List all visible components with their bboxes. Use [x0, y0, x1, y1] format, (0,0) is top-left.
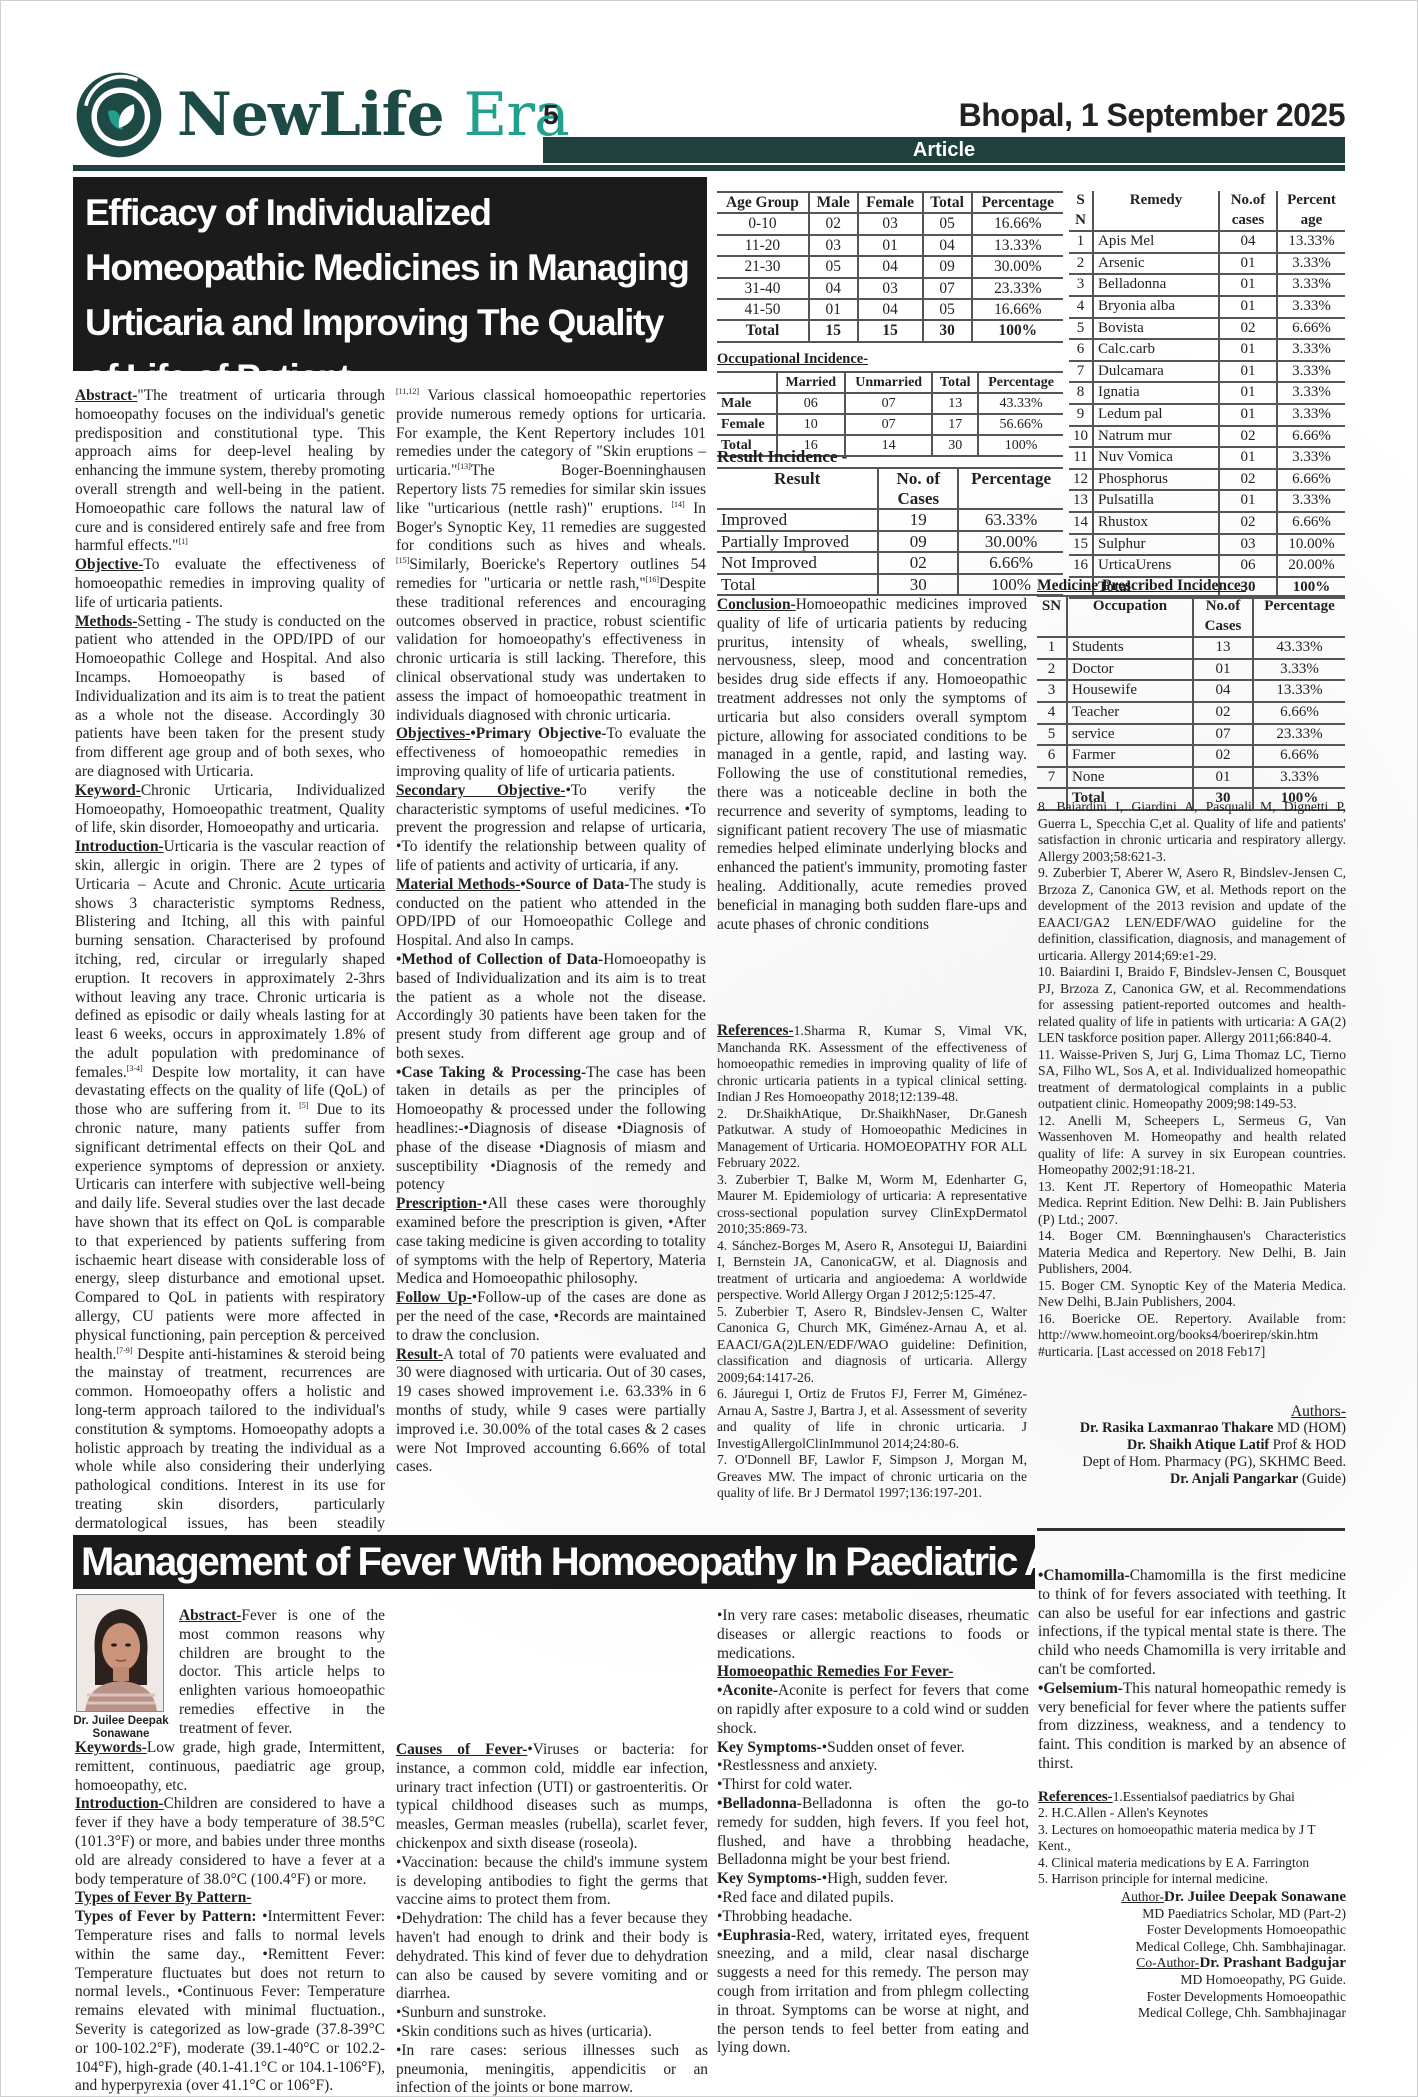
table-cell: 04: [809, 278, 858, 299]
table-cell: Percentage: [958, 468, 1063, 509]
table-row: 16UrticaUrens0620.00%: [1069, 555, 1345, 577]
table-cell: 09: [923, 256, 972, 277]
table-cell: Not Improved: [717, 552, 878, 574]
table-cell: 6: [1037, 745, 1067, 767]
table-row: 1Apis Mel0413.33%: [1069, 231, 1345, 253]
table-cell: 3.33%: [1277, 382, 1345, 404]
table-cell: 6.66%: [1277, 469, 1345, 491]
table-cell: Male: [717, 393, 777, 414]
table-row: 3Housewife0413.33%: [1037, 680, 1345, 702]
table-cell: 05: [809, 256, 858, 277]
table-cell: 10: [1069, 426, 1093, 448]
table-cell: 6.66%: [1277, 426, 1345, 448]
table-cell: 10.00%: [1277, 534, 1345, 556]
table-cell: Remedy: [1093, 191, 1219, 231]
table-cell: 43.33%: [1253, 637, 1345, 659]
table-row: S NRemedyNo.of casesPercent age: [1069, 191, 1345, 231]
table-cell: 6.66%: [1277, 318, 1345, 340]
table-cell: 01: [858, 235, 923, 256]
table-cell: [717, 372, 777, 393]
table-cell: 30.00%: [972, 256, 1063, 277]
table-cell: Students: [1067, 637, 1193, 659]
article1-column-2: [11,12] Various classical homoeopathic r…: [396, 387, 706, 1477]
table-cell: Percentage: [972, 192, 1063, 213]
table-row: SNOccupationNo.of CasesPercentage: [1037, 596, 1345, 637]
table-cell: 20.00%: [1277, 555, 1345, 577]
table-cell: 6.66%: [958, 552, 1063, 574]
table-cell: 12: [1069, 469, 1093, 491]
article2-authors: Author-Dr. Juilee Deepak Sonawane MD Pae…: [1038, 1889, 1346, 2022]
table-cell: 6.66%: [1253, 702, 1345, 724]
table-cell: Male: [809, 192, 858, 213]
table-row: 21-3005040930.00%: [717, 256, 1063, 277]
table-cell: 10: [777, 414, 846, 435]
article2-title: Management of Fever With Homoeopathy In …: [73, 1535, 1035, 1589]
article1-references: References-1.Sharma R, Kumar S, Vimal VK…: [717, 1023, 1027, 1502]
table-row: 5Bovista026.66%: [1069, 318, 1345, 340]
table-cell: 01: [1219, 404, 1277, 426]
table-row: 11Nuv Vomica013.33%: [1069, 447, 1345, 469]
table-cell: 13: [1193, 637, 1253, 659]
table-cell: 16: [1069, 555, 1093, 577]
table-cell: 1: [1037, 637, 1067, 659]
table-cell: Occupation: [1067, 596, 1193, 637]
table-row: 3Belladonna013.33%: [1069, 274, 1345, 296]
table-cell: Total: [717, 574, 878, 596]
table-cell: 07: [923, 278, 972, 299]
table-cell: 4: [1069, 296, 1093, 318]
table-cell: 05: [923, 299, 972, 320]
table-cell: 63.33%: [958, 509, 1063, 531]
table-row: Improved1963.33%: [717, 509, 1063, 531]
table-cell: 04: [1193, 680, 1253, 702]
table-cell: 01: [809, 299, 858, 320]
table-row: 6Farmer026.66%: [1037, 745, 1345, 767]
table-cell: 23.33%: [1253, 724, 1345, 746]
table-cell: 01: [1219, 361, 1277, 383]
table-cell: 06: [777, 393, 846, 414]
table-cell: 04: [1219, 231, 1277, 253]
table-cell: Married: [777, 372, 846, 393]
table-cell: 05: [923, 213, 972, 234]
table-cell: Dulcamara: [1093, 361, 1219, 383]
leaf-logo-icon: [73, 69, 165, 161]
table-cell: 3.33%: [1277, 253, 1345, 275]
table-cell: 8: [1069, 382, 1093, 404]
table-cell: 07: [1193, 724, 1253, 746]
table-cell: Sulphur: [1093, 534, 1219, 556]
table-cell: 30: [932, 435, 978, 456]
table-cell: Rhustox: [1093, 512, 1219, 534]
table-cell: Pulsatilla: [1093, 490, 1219, 512]
occupational-incidence-heading: Occupational Incidence-: [717, 351, 868, 368]
table-cell: Improved: [717, 509, 878, 531]
table-cell: 100%: [978, 435, 1063, 456]
table-cell: Belladonna: [1093, 274, 1219, 296]
table-cell: Percentage: [1253, 596, 1345, 637]
table-cell: Female: [717, 414, 777, 435]
table-cell: Result: [717, 468, 878, 509]
table-cell: Ledum pal: [1093, 404, 1219, 426]
author-line: Dr. Anjali Pangarkar (Guide): [1038, 1471, 1346, 1488]
table-cell: 11-20: [717, 235, 809, 256]
author-line: Dr. Shaikh Atique Latif Prof & HOD: [1038, 1437, 1346, 1454]
table-row: 4Teacher026.66%: [1037, 702, 1345, 724]
table-row: 0-1002030516.66%: [717, 213, 1063, 234]
article1-title: Efficacy of Individualized Homeopathic M…: [73, 177, 707, 371]
table-row: 31-4004030723.33%: [717, 278, 1063, 299]
table-cell: 1: [1069, 231, 1093, 253]
table-cell: 4: [1037, 702, 1067, 724]
table-cell: 14: [845, 435, 932, 456]
article1-column-3: Conclusion-Homoeopathic medicines improv…: [717, 596, 1027, 934]
table-cell: 01: [1219, 274, 1277, 296]
table-cell: 04: [858, 299, 923, 320]
table-cell: 02: [1219, 469, 1277, 491]
table-cell: 11: [1069, 447, 1093, 469]
table-row: 2Arsenic013.33%: [1069, 253, 1345, 275]
masthead: NewLife Era 5 Bhopal, 1 September 2025 A…: [73, 69, 1345, 169]
table-cell: 13.33%: [1253, 680, 1345, 702]
table-cell: 2: [1037, 659, 1067, 681]
table-cell: Natrum mur: [1093, 426, 1219, 448]
table-cell: 02: [1193, 745, 1253, 767]
medicine-prescribed-heading: Medicine Prescribed Incidence-: [1037, 577, 1246, 595]
table-cell: 07: [845, 393, 932, 414]
article2-abstract: Abstract-Fever is one of the most common…: [179, 1607, 385, 1739]
table-cell: UrticaUrens: [1093, 555, 1219, 577]
table-cell: 3.33%: [1277, 404, 1345, 426]
table-row: 1Students1343.33%: [1037, 637, 1345, 659]
table-cell: 03: [858, 213, 923, 234]
brand-name: NewLife Era: [177, 75, 569, 155]
table-row: 15Sulphur0310.00%: [1069, 534, 1345, 556]
table-row: 8Ignatia013.33%: [1069, 382, 1345, 404]
table-cell: 23.33%: [972, 278, 1063, 299]
table-cell: 7: [1037, 767, 1067, 789]
section-label: Article: [543, 137, 1345, 163]
table-row: 5service0723.33%: [1037, 724, 1345, 746]
table-cell: 21-30: [717, 256, 809, 277]
table-cell: 04: [923, 235, 972, 256]
table-cell: 02: [1219, 512, 1277, 534]
table-row: 11-2003010413.33%: [717, 235, 1063, 256]
table-cell: Farmer: [1067, 745, 1193, 767]
table-cell: 13.33%: [1277, 231, 1345, 253]
result-incidence-heading: Result Incidence -: [717, 447, 847, 467]
table-cell: 13.33%: [972, 235, 1063, 256]
table-cell: 3: [1037, 680, 1067, 702]
author-line: Dept of Hom. Pharmacy (PG), SKHMC Beed.: [1038, 1454, 1346, 1471]
table-cell: 09: [878, 531, 958, 553]
table-cell: 06: [1219, 555, 1277, 577]
abstract-text: "The treatment of urticaria through homo…: [75, 387, 385, 554]
table-cell: Percentage: [978, 372, 1063, 393]
table-cell: 31-40: [717, 278, 809, 299]
table-row: Partially Improved0930.00%: [717, 531, 1063, 553]
article2-column-1: Keywords-Low grade, high grade, Intermit…: [75, 1739, 385, 2096]
table-cell: 9: [1069, 404, 1093, 426]
table-row: 7None013.33%: [1037, 767, 1345, 789]
table-row: Age GroupMaleFemaleTotalPercentage: [717, 192, 1063, 213]
table-cell: 01: [1193, 659, 1253, 681]
table-cell: Female: [858, 192, 923, 213]
table-cell: Total: [717, 320, 809, 341]
table-row: Female10071756.66%: [717, 414, 1063, 435]
article2-column-3: •In very rare cases: metabolic diseases,…: [717, 1607, 1029, 2058]
table-cell: 100%: [972, 320, 1063, 341]
remedy-table: S NRemedyNo.of casesPercent age 1Apis Me…: [1069, 191, 1345, 599]
table-cell: 30.00%: [958, 531, 1063, 553]
table-row: 41-5001040516.66%: [717, 299, 1063, 320]
methods-text: Setting - The study is conducted on the …: [75, 613, 385, 780]
table-cell: Bovista: [1093, 318, 1219, 340]
table-cell: 7: [1069, 361, 1093, 383]
table-row: 4Bryonia alba013.33%: [1069, 296, 1345, 318]
table-cell: 01: [1193, 767, 1253, 789]
table-row: Male06071343.33%: [717, 393, 1063, 414]
table-cell: 16.66%: [972, 299, 1063, 320]
table-cell: No.of cases: [1219, 191, 1277, 231]
table-cell: 19: [878, 509, 958, 531]
table-cell: 30: [878, 574, 958, 596]
table-cell: Housewife: [1067, 680, 1193, 702]
table-cell: 3: [1069, 274, 1093, 296]
table-cell: None: [1067, 767, 1193, 789]
author-line: Dr. Rasika Laxmanrao Thakare MD (HOM): [1038, 1420, 1346, 1437]
table-row: 13Pulsatilla013.33%: [1069, 490, 1345, 512]
table-row: MarriedUnmarriedTotalPercentage: [717, 372, 1063, 393]
table-cell: 03: [1219, 534, 1277, 556]
table-row: 6Calc.carb013.33%: [1069, 339, 1345, 361]
table-cell: 5: [1037, 724, 1067, 746]
table-cell: 01: [1219, 253, 1277, 275]
table-cell: No.of Cases: [1193, 596, 1253, 637]
table-cell: Teacher: [1067, 702, 1193, 724]
table-cell: 5: [1069, 318, 1093, 340]
table-cell: 15: [858, 320, 923, 341]
table-cell: 17: [932, 414, 978, 435]
table-cell: Doctor: [1067, 659, 1193, 681]
dateline: Bhopal, 1 September 2025: [959, 97, 1345, 134]
divider: [1037, 1528, 1345, 1531]
person-portrait-icon: [77, 1595, 164, 1712]
table-cell: 01: [1219, 490, 1277, 512]
table-cell: Phosphorus: [1093, 469, 1219, 491]
age-group-table: Age GroupMaleFemaleTotalPercentage 0-100…: [717, 191, 1063, 343]
article1-authors: Authors- Dr. Rasika Laxmanrao Thakare MD…: [1038, 1403, 1346, 1488]
table-cell: 30: [923, 320, 972, 341]
table-cell: 03: [809, 235, 858, 256]
conclusion-text: Homoeopathic medicines improved quality …: [717, 596, 1027, 933]
table-cell: 0-10: [717, 213, 809, 234]
table-cell: 01: [1219, 339, 1277, 361]
table-cell: 02: [878, 552, 958, 574]
table-cell: 01: [1219, 382, 1277, 404]
table-cell: 15: [809, 320, 858, 341]
table-cell: Percent age: [1277, 191, 1345, 231]
table-cell: Total: [932, 372, 978, 393]
table-cell: 3.33%: [1277, 447, 1345, 469]
table-cell: 6.66%: [1253, 745, 1345, 767]
table-cell: 56.66%: [978, 414, 1063, 435]
table-cell: Arsenic: [1093, 253, 1219, 275]
article2-column-2: Causes of Fever-•Viruses or bacteria: fo…: [396, 1741, 708, 2097]
table-cell: 6: [1069, 339, 1093, 361]
table-cell: Apis Mel: [1093, 231, 1219, 253]
table-row: 2Doctor013.33%: [1037, 659, 1345, 681]
table-total-row: Total151530100%: [717, 320, 1063, 341]
table-cell: 6.66%: [1277, 512, 1345, 534]
table-cell: Bryonia alba: [1093, 296, 1219, 318]
article1-column-1: Abstract-"The treatment of urticaria thr…: [75, 387, 385, 1552]
table-cell: 15: [1069, 534, 1093, 556]
table-cell: 41-50: [717, 299, 809, 320]
marital-status-table: MarriedUnmarriedTotalPercentage Male0607…: [717, 371, 1063, 457]
table-cell: 01: [1219, 447, 1277, 469]
page-number: 5: [543, 99, 559, 131]
table-cell: 16.66%: [972, 213, 1063, 234]
table-total-row: Total30100%: [717, 574, 1063, 596]
table-cell: 14: [1069, 512, 1093, 534]
photo-caption: Dr. Juilee Deepak Sonawane: [73, 1715, 169, 1741]
table-cell: 02: [1219, 318, 1277, 340]
table-cell: 3.33%: [1253, 767, 1345, 789]
table-cell: Nuv Vomica: [1093, 447, 1219, 469]
table-cell: 04: [858, 256, 923, 277]
table-cell: 03: [858, 278, 923, 299]
article2-column-4: •Chamomilla-Chamomilla is the first medi…: [1038, 1567, 1346, 1774]
table-row: 14Rhustox026.66%: [1069, 512, 1345, 534]
table-cell: 02: [1193, 702, 1253, 724]
table-cell: Unmarried: [845, 372, 932, 393]
table-cell: 43.33%: [978, 393, 1063, 414]
table-cell: 3.33%: [1277, 339, 1345, 361]
masthead-rule: [73, 165, 1345, 171]
table-cell: Partially Improved: [717, 531, 878, 553]
table-row: 10Natrum mur026.66%: [1069, 426, 1345, 448]
table-cell: 02: [809, 213, 858, 234]
table-cell: 3.33%: [1277, 361, 1345, 383]
author-photo: [76, 1594, 164, 1712]
table-cell: SN: [1037, 596, 1067, 637]
table-cell: 2: [1069, 253, 1093, 275]
table-cell: S N: [1069, 191, 1093, 231]
table-cell: service: [1067, 724, 1193, 746]
table-row: 9Ledum pal013.33%: [1069, 404, 1345, 426]
table-cell: Age Group: [717, 192, 809, 213]
table-cell: 13: [932, 393, 978, 414]
occupation-table: SNOccupationNo.of CasesPercentage 1Stude…: [1037, 595, 1345, 811]
table-cell: Ignatia: [1093, 382, 1219, 404]
article1-references-continued: 8. Baiardini I, Giardini A, Pasquali M, …: [1038, 799, 1346, 1360]
table-cell: 01: [1219, 296, 1277, 318]
table-row: 12Phosphorus026.66%: [1069, 469, 1345, 491]
table-cell: 3.33%: [1277, 490, 1345, 512]
article2-references: References-1.Essentialsof paediatrics by…: [1038, 1789, 1346, 1887]
table-cell: 13: [1069, 490, 1093, 512]
table-row: 7Dulcamara013.33%: [1069, 361, 1345, 383]
newspaper-page: NewLife Era 5 Bhopal, 1 September 2025 A…: [0, 0, 1418, 2097]
table-cell: Total: [923, 192, 972, 213]
table-cell: 3.33%: [1277, 296, 1345, 318]
table-cell: 3.33%: [1277, 274, 1345, 296]
table-cell: No. of Cases: [878, 468, 958, 509]
table-row: ResultNo. of CasesPercentage: [717, 468, 1063, 509]
table-cell: Calc.carb: [1093, 339, 1219, 361]
table-cell: 02: [1219, 426, 1277, 448]
result-table: ResultNo. of CasesPercentage Improved196…: [717, 467, 1063, 596]
table-cell: 3.33%: [1253, 659, 1345, 681]
table-cell: 07: [845, 414, 932, 435]
table-row: Not Improved026.66%: [717, 552, 1063, 574]
